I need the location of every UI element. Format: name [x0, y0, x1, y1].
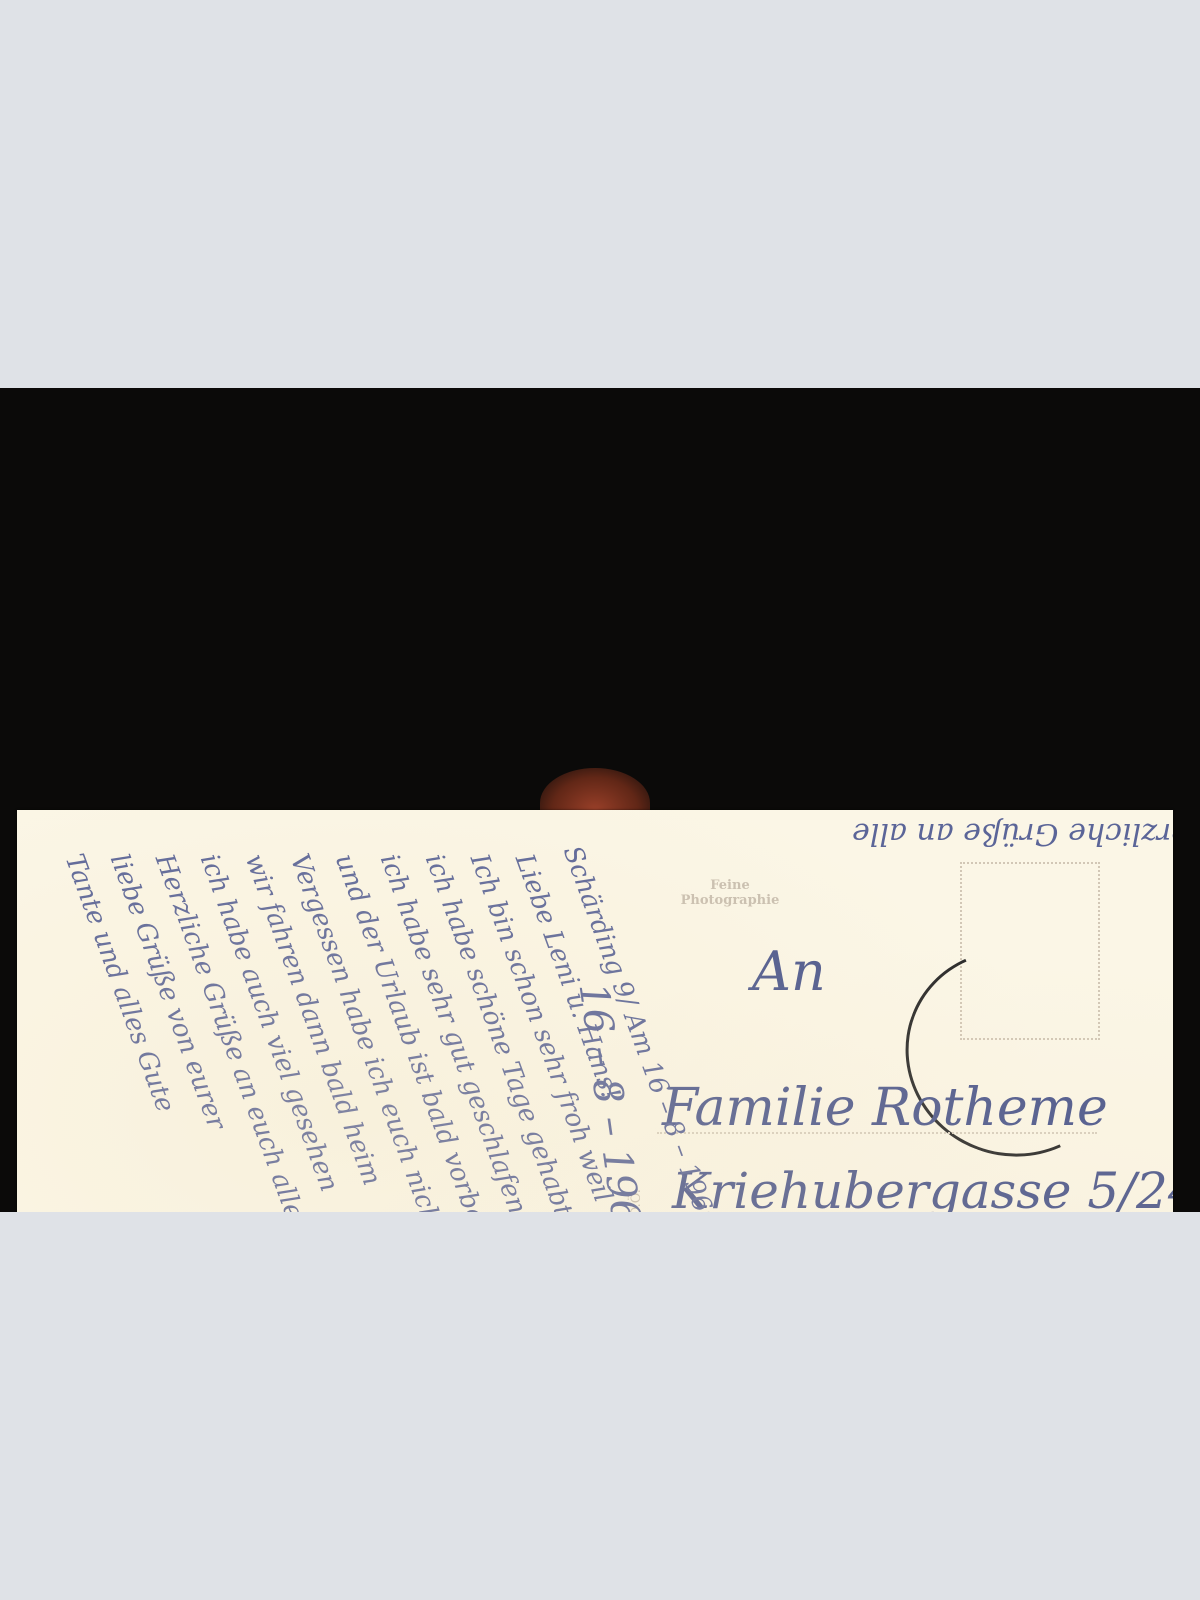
postcard-back: Feine Photographie Photo J. Baldl, Schär…: [17, 810, 1173, 1212]
address-prefix: An: [752, 940, 826, 1003]
address-street: Kriehubergasse 5/24: [672, 1162, 1173, 1212]
handwritten-message: Schärding 9/ Am 16 – 8 – 1960 Liebe Leni…: [37, 830, 637, 1212]
brand-line-2: Photographie: [660, 893, 800, 908]
scan-backdrop: Feine Photographie Photo J. Baldl, Schär…: [0, 388, 1200, 1212]
postmark-arc: [876, 919, 1149, 1186]
printed-brand: Feine Photographie: [660, 878, 800, 908]
upside-down-greeting: Viele herzliche Grüße an alle: [852, 816, 1173, 851]
address-recipient-name: Familie Rotheme: [662, 1078, 1108, 1138]
brand-line-1: Feine: [660, 878, 800, 893]
